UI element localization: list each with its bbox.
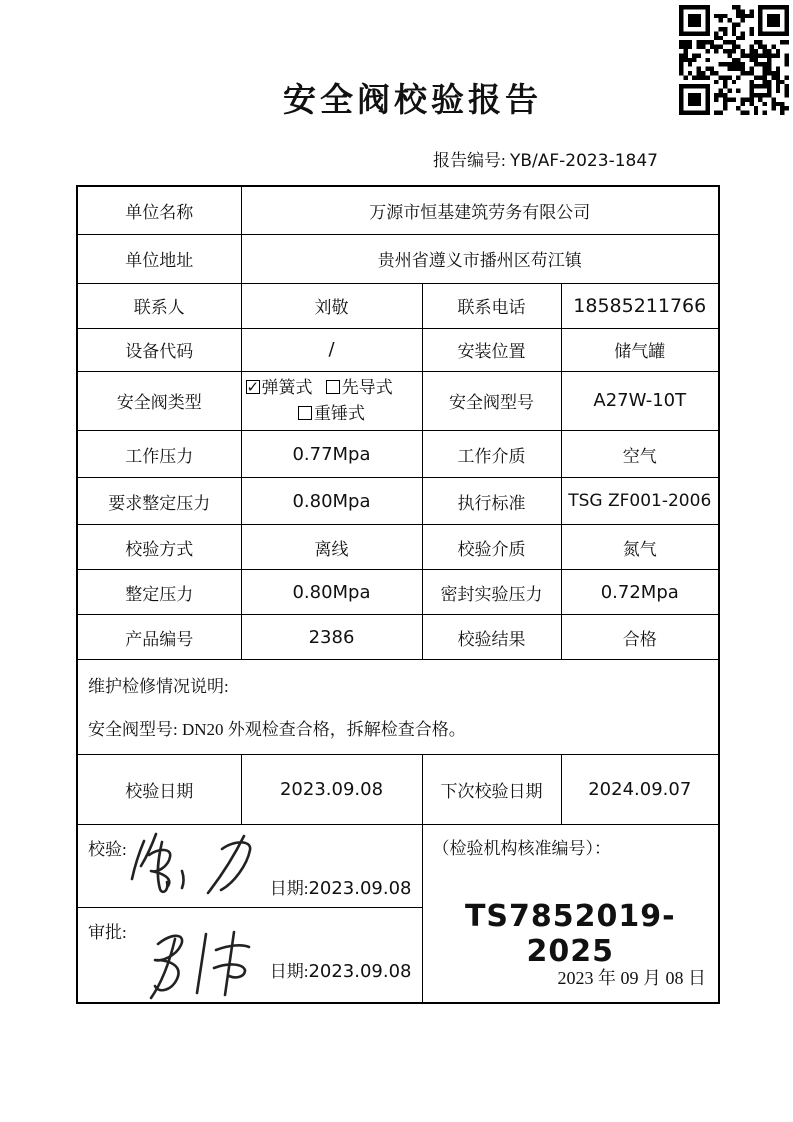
calibration-result-label: 校验结果 [422, 615, 561, 660]
calibration-date-value: 2023.09.08 [241, 755, 422, 825]
calibration-method-value: 离线 [241, 525, 422, 570]
report-number-label: 报告编号: [433, 151, 506, 170]
valve-type-line2: 重锤式 [246, 401, 418, 427]
valve-model-value: A27W-10T [561, 371, 719, 431]
calibrator-date-label: 日期: [270, 879, 309, 898]
checkbox-unchecked-icon[interactable] [326, 380, 340, 394]
install-location-value: 储气罐 [561, 328, 719, 371]
valve-type-label: 安全阀类型 [77, 371, 241, 431]
product-no-value: 2386 [241, 615, 422, 660]
approver-date-value: 2023.09.08 [308, 961, 411, 982]
calibration-date-label: 校验日期 [77, 755, 241, 825]
calibrator-signature-cell: 校验: 日期:2023.09.08 [77, 825, 422, 908]
calibrator-date-value: 2023.09.08 [308, 878, 411, 899]
working-pressure-value: 0.77Mpa [241, 431, 422, 478]
report-page: 安全阀校验报告 报告编号: YB/AF-2023-1847 单位名称 万源市恒基… [0, 0, 793, 1122]
calibrator-date: 日期:2023.09.08 [270, 874, 412, 899]
unit-name-label: 单位名称 [77, 186, 241, 234]
maintenance-note-title: 维护检修情况说明: [88, 672, 708, 697]
checkbox-unchecked-icon[interactable] [298, 406, 312, 420]
valve-model-label: 安全阀型号 [422, 371, 561, 431]
approver-signature-cell: 审批: 日期:2023.09.08 [77, 908, 422, 1003]
approver-date-label: 日期: [270, 962, 309, 981]
calibration-result-value: 合格 [561, 615, 719, 660]
approver-date: 日期:2023.09.08 [270, 957, 412, 982]
valve-type-option-spring: ✓弹簧式 [246, 378, 313, 397]
calibration-medium-value: 氮气 [561, 525, 719, 570]
page-title: 安全阀校验报告 [16, 74, 793, 121]
contact-person-label: 联系人 [77, 283, 241, 328]
standard-label: 执行标准 [422, 478, 561, 525]
org-approval-cell: （检验机构核准编号）： TS7852019-2025 2023 年 09 月 0… [422, 825, 719, 1003]
seal-test-pressure-label: 密封实验压力 [422, 570, 561, 615]
unit-address-value: 贵州省遵义市播州区苟江镇 [241, 234, 719, 283]
checkbox-checked-icon[interactable]: ✓ [246, 380, 260, 394]
calibrator-label: 校验: [88, 840, 127, 859]
maintenance-note-cell: 维护检修情况说明: 安全阀型号: DN20 外观检查合格，拆解检查合格。 [77, 660, 719, 755]
seal-test-pressure-value: 0.72Mpa [561, 570, 719, 615]
working-medium-label: 工作介质 [422, 431, 561, 478]
working-pressure-label: 工作压力 [77, 431, 241, 478]
org-approval-label: （检验机构核准编号）： [433, 834, 709, 859]
contact-phone-label: 联系电话 [422, 283, 561, 328]
org-date: 2023 年 09 月 08 日 [558, 964, 707, 990]
checkbox-label: 先导式 [342, 378, 393, 397]
product-no-label: 产品编号 [77, 615, 241, 660]
required-set-pressure-value: 0.80Mpa [241, 478, 422, 525]
valve-type-option-pilot: 先导式 [326, 378, 393, 397]
report-number-value: YB/AF-2023-1847 [510, 151, 658, 171]
checkbox-label: 重锤式 [314, 404, 365, 423]
device-code-value: / [241, 328, 422, 371]
unit-name-value: 万源市恒基建筑劳务有限公司 [241, 186, 719, 234]
report-number: 报告编号: YB/AF-2023-1847 [433, 146, 658, 171]
set-pressure-value: 0.80Mpa [241, 570, 422, 615]
working-medium-value: 空气 [561, 431, 719, 478]
contact-phone-value: 18585211766 [561, 283, 719, 328]
valve-type-value: ✓弹簧式 先导式 重锤式 [241, 371, 422, 431]
next-calibration-date-value: 2024.09.07 [561, 755, 719, 825]
contact-person-value: 刘敬 [241, 283, 422, 328]
install-location-label: 安装位置 [422, 328, 561, 371]
required-set-pressure-label: 要求整定压力 [77, 478, 241, 525]
valve-type-option-weight: 重锤式 [298, 404, 365, 423]
valve-type-line1: ✓弹簧式 先导式 [246, 375, 418, 401]
set-pressure-label: 整定压力 [77, 570, 241, 615]
next-calibration-date-label: 下次校验日期 [422, 755, 561, 825]
checkbox-label: 弹簧式 [262, 378, 313, 397]
calibrator-signature [124, 825, 284, 903]
device-code-label: 设备代码 [77, 328, 241, 371]
check-mark-icon: ✓ [247, 376, 260, 399]
approver-label: 审批: [88, 923, 127, 942]
unit-address-label: 单位地址 [77, 234, 241, 283]
standard-value: TSG ZF001-2006 [561, 478, 719, 525]
calibration-method-label: 校验方式 [77, 525, 241, 570]
calibration-medium-label: 校验介质 [422, 525, 561, 570]
maintenance-note-detail: 安全阀型号: DN20 外观检查合格，拆解检查合格。 [88, 715, 708, 740]
org-approval-number: TS7852019-2025 [433, 899, 709, 969]
report-table: 单位名称 万源市恒基建筑劳务有限公司 单位地址 贵州省遵义市播州区苟江镇 联系人… [76, 185, 720, 1004]
